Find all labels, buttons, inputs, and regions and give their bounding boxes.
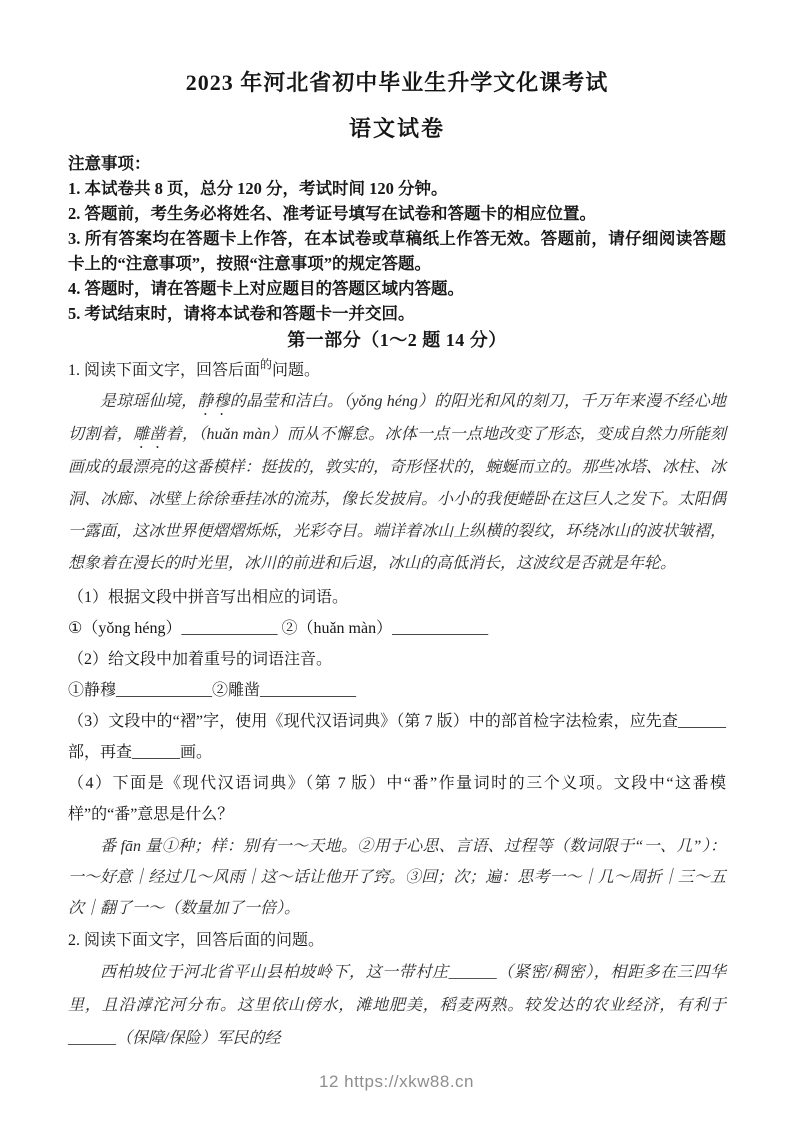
notice-heading: 注意事项： <box>68 151 726 176</box>
passage-1-emphasized-word-diaozao: 雕凿 <box>133 426 166 443</box>
page-subtitle: 语文试卷 <box>68 114 726 144</box>
question-1-intro-text: 1. 阅读下面文字，回答后面 <box>68 362 260 379</box>
question-2-intro: 2. 阅读下面文字，回答后面的问题。 <box>68 925 726 956</box>
notice-item-3: 3. 所有答案均在答题卡上作答，在本试卷或草稿纸上作答无效。答题前，请仔细阅读答… <box>68 226 726 276</box>
dictionary-entry-fan: 番 fān 量①种；样：别有一～天地。②用于心思、言语、过程等（数词限于“一、几… <box>68 831 726 924</box>
question-1-intro: 1. 阅读下面文字，回答后面的问题。 <box>68 355 726 386</box>
passage-1-emphasized-word-jingmu: 静穆 <box>197 393 229 410</box>
question-1-sub-3: （3）文段中的“褶”字，使用《现代汉语词典》（第 7 版）中的部首检字法检索，应… <box>68 706 726 768</box>
notice-item-5: 5. 考试结束时，请将本试卷和答题卡一并交回。 <box>68 301 726 326</box>
question-1-subquestions: （1）根据文段中拼音写出相应的词语。 ①（yǒng héng）_________… <box>68 582 726 830</box>
page-footer-watermark: 12 https://xkw88.cn <box>0 1072 793 1092</box>
question-1-intro-superscript: 的 <box>260 358 272 372</box>
notice-item-2: 2. 答题前，考生务必将姓名、准考证号填写在试卷和答题卡的相应位置。 <box>68 201 726 226</box>
notice-item-1: 1. 本试卷共 8 页，总分 120 分，考试时间 120 分钟。 <box>68 176 726 201</box>
question-1-sub-2: （2）给文段中加着重号的词语注音。 <box>68 644 726 675</box>
question-1-sub-1-answer-blanks: ①（yǒng héng）____________ ②（huǎn màn）____… <box>68 613 726 644</box>
passage-2: 西柏坡位于河北省平山县柏坡岭下，这一带村庄______（紧密/稠密），相距多在三… <box>68 956 726 1055</box>
question-1-sub-1: （1）根据文段中拼音写出相应的词语。 <box>68 582 726 613</box>
question-1-sub-4: （4）下面是《现代汉语词典》（第 7 版）中“番”作量词时的三个义项。文段中“这… <box>68 768 726 830</box>
question-1-intro-tail: 问题。 <box>272 362 320 379</box>
page-title: 2023 年河北省初中毕业生升学文化课考试 <box>68 68 726 98</box>
passage-1: 是琼瑶仙境，静穆的晶莹和洁白。（yǒng héng）的阳光和风的刻刀，千万年来漫… <box>68 386 726 580</box>
passage-1-segment: 着，（huǎn màn）而从不懈怠。冰体一点一点地改变了形态，变成自然力所能刻画… <box>68 426 726 572</box>
exam-paper-page: 2023 年河北省初中毕业生升学文化课考试 语文试卷 注意事项： 1. 本试卷共… <box>0 0 793 1122</box>
passage-1-segment: 是琼瑶仙境， <box>100 393 197 410</box>
question-1-sub-2-answer-blanks: ①静穆____________②雕凿____________ <box>68 675 726 706</box>
notice-item-4: 4. 答题时，请在答题卡上对应题目的答题区域内答题。 <box>68 276 726 301</box>
notice-section: 注意事项： 1. 本试卷共 8 页，总分 120 分，考试时间 120 分钟。 … <box>68 151 726 326</box>
section-one-heading: 第一部分（1～2 题 14 分） <box>68 327 726 354</box>
